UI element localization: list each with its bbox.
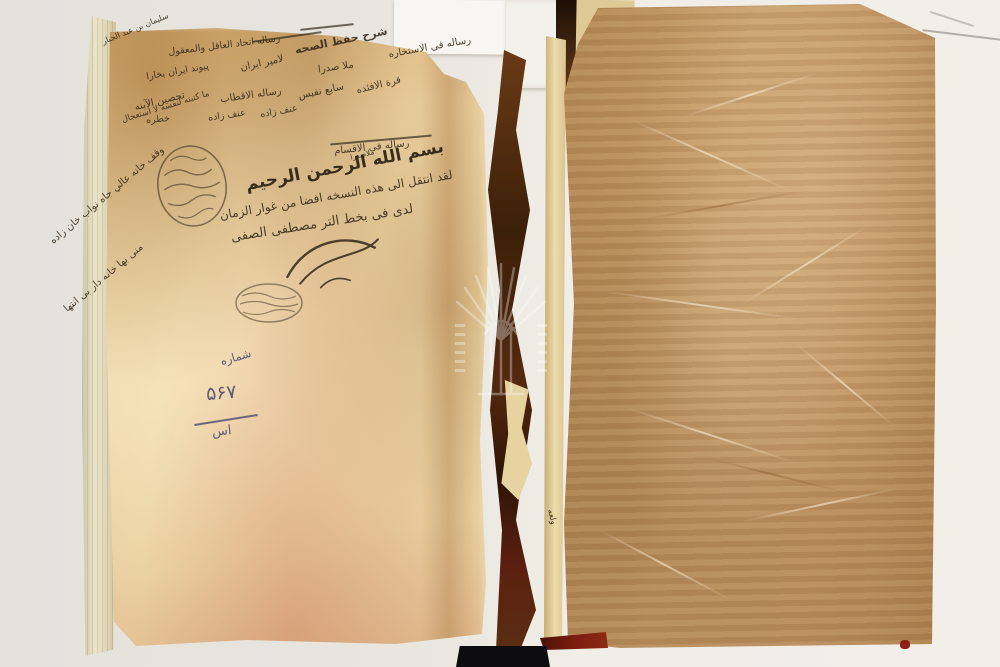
book-cover-page xyxy=(560,4,938,654)
crease-shadow xyxy=(702,456,848,494)
crease-line xyxy=(601,290,799,320)
crease-line xyxy=(741,224,869,305)
library-watermark xyxy=(449,262,553,404)
crease-line xyxy=(742,487,899,522)
book-stand xyxy=(456,646,550,667)
crease-shadow xyxy=(641,189,809,220)
crease-line xyxy=(683,72,817,117)
catalog-number-value: ۵۶۷ xyxy=(205,381,237,406)
crease-line xyxy=(624,406,796,464)
ink-dash xyxy=(300,23,354,31)
manuscript-photo-scene: سليمان بن عبد الجبار رساله فى الاستخاره … xyxy=(0,0,1000,667)
crease-line xyxy=(795,342,896,427)
seal-stamp-oval xyxy=(230,278,308,328)
seal-stamp-round xyxy=(144,133,241,240)
catalog-suffix: اس xyxy=(211,423,232,440)
crease-line xyxy=(598,529,731,601)
stray-thread xyxy=(930,11,974,27)
handwritten-title: خطره xyxy=(146,113,171,126)
red-cover-corner xyxy=(900,640,910,649)
crease-line xyxy=(627,117,792,192)
